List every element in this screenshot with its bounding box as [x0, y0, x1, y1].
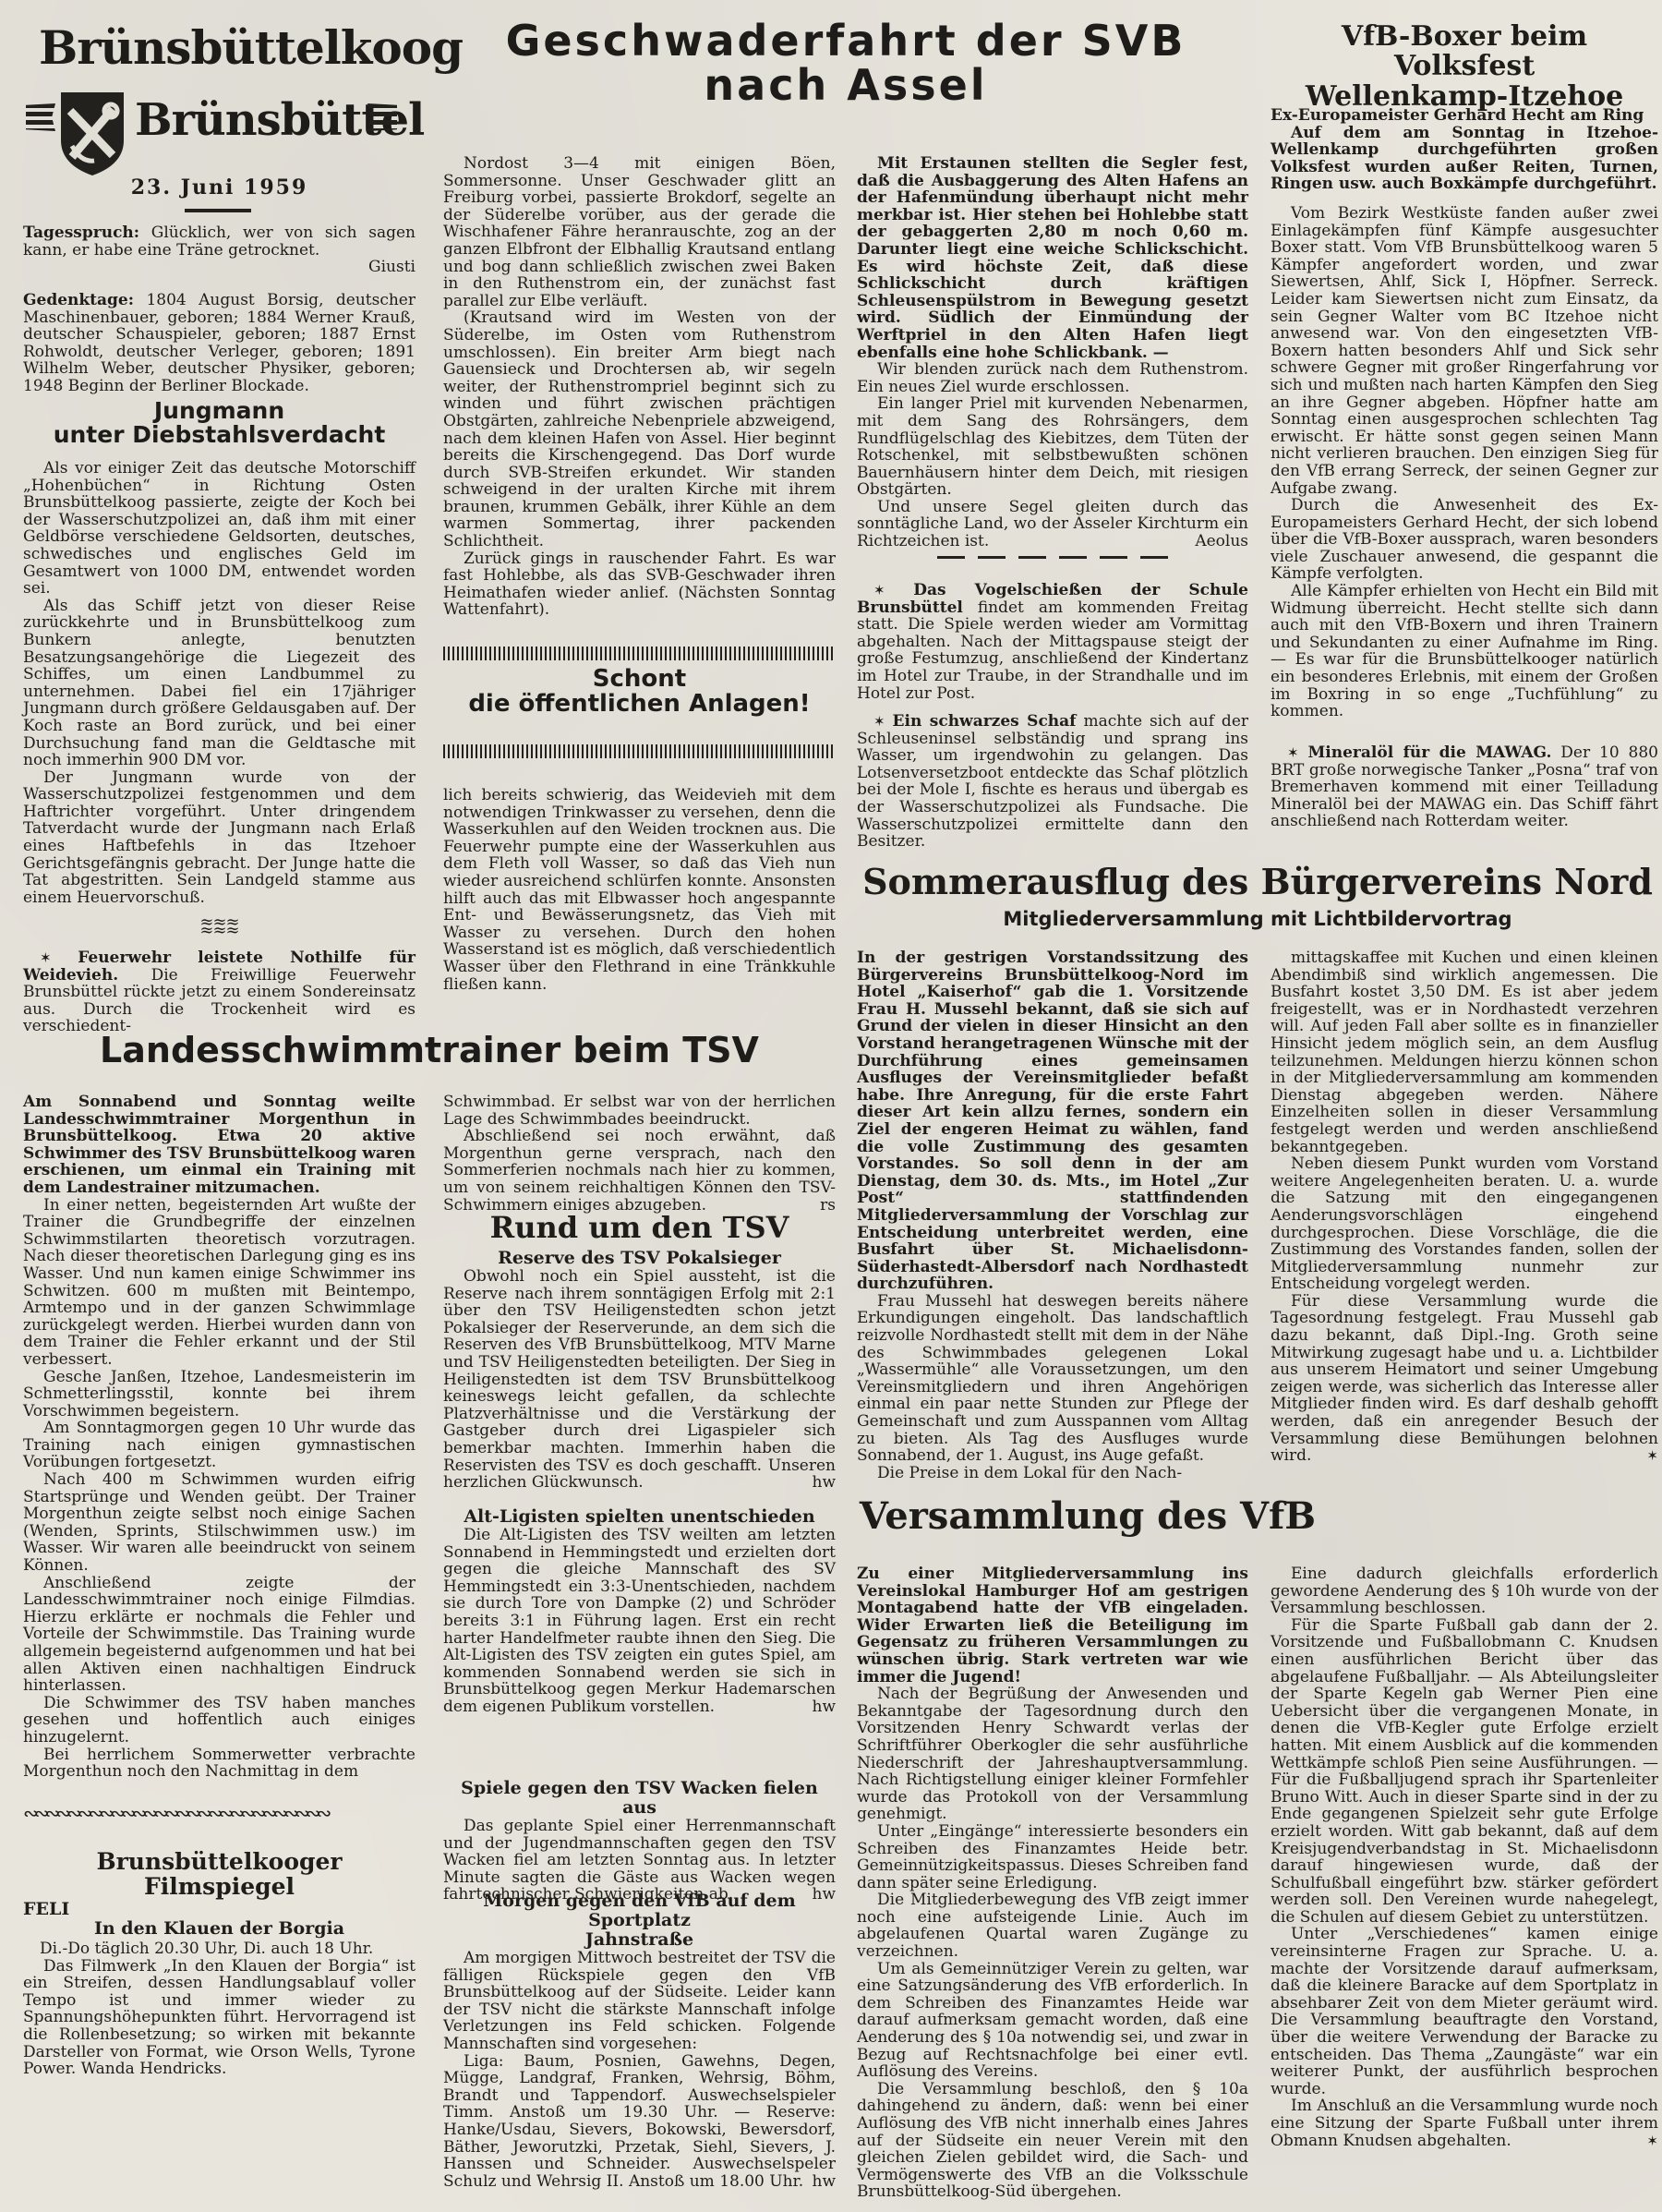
- sommer-right-paras: mittagskaffee mit Kuchen und einen klein…: [1271, 949, 1658, 1293]
- anchor-crest-icon: [57, 89, 127, 177]
- masthead: Brünsbüttelkoog: [39, 20, 463, 75]
- schwimm-title: Landesschwimmtrainer beim TSV: [23, 1033, 836, 1070]
- svb-left-body: Nordost 3—4 mit einigen Böen, Sommersonn…: [443, 155, 836, 619]
- jungmann-title-line1: Jungmann: [23, 399, 415, 423]
- boxer-title: VfB-Boxer beim Volksfest Wellenkamp-Itze…: [1271, 22, 1658, 112]
- paragraph: Wir blenden zurück nach dem Ruthenstrom.…: [857, 361, 1248, 395]
- squiggle-row: ≈≈≈: [23, 926, 415, 935]
- paragraph: Nordost 3—4 mit einigen Böen, Sommersonn…: [443, 155, 836, 309]
- paragraph: Neben diesem Punkt wurden vom Vorstand w…: [1271, 1155, 1658, 1293]
- paragraph: Die Mitgliederbewegung des VfB zeigt imm…: [857, 1892, 1248, 1960]
- paragraph: Durch die Anwesenheit des Ex-Europameist…: [1271, 497, 1658, 583]
- versammlung-right-paras: Eine dadurch gleichfalls erforderlich ge…: [1271, 1565, 1658, 2097]
- jungmann-body: Als vor einiger Zeit das deutsche Motors…: [23, 460, 415, 906]
- gedenktage-text: Gedenktage: 1804 August Borsig, deutsche…: [23, 292, 415, 395]
- svb-title-line1: Geschwaderfahrt der SVB: [443, 18, 1248, 63]
- rund-section-wacken: Spiele gegen den TSV Wacken fielen aus D…: [443, 1779, 836, 1904]
- sommer-right-body: mittagskaffee mit Kuchen und einen klein…: [1271, 949, 1658, 1465]
- paragraph: Die Versammlung beschloß, den § 10a dahi…: [857, 2081, 1248, 2201]
- sommer-subtitle: Mitgliederversammlung mit Lichtbildervor…: [857, 909, 1658, 929]
- svb-title-line2: nach Assel: [443, 63, 1248, 107]
- rund-s4-head-line1: Morgen gegen den VfB auf dem Sportplatz: [443, 1892, 836, 1930]
- boxer-lead2: Auf dem am Sonntag in Itzehoe-Wellenkamp…: [1271, 125, 1658, 193]
- schwimm-continuation: Schwimmbad. Er selbst war von der herrli…: [443, 1094, 836, 1214]
- feuerwehr-paragraph: ✶ Feuerwehr leistete Nothilfe für Weidev…: [23, 949, 415, 1035]
- mineraloel-note: ✶ Mineralöl für die MAWAG. Der 10 880 BR…: [1271, 744, 1658, 830]
- filmspiegel: Brunsbüttelkooger Filmspiegel FELI In de…: [23, 1849, 415, 2078]
- rund-s1-head: Reserve des TSV Pokalsieger: [443, 1249, 836, 1268]
- issue-date: 23. Juni 1959: [23, 175, 415, 199]
- fringe-separator-top: [443, 647, 836, 660]
- vogelschiessen-paragraph: ✶ Das Vogelschießen der Schule Brunsbütt…: [857, 582, 1248, 702]
- filmspiegel-title: Brunsbüttelkooger Filmspiegel: [23, 1849, 415, 1899]
- star-icon: ✶: [873, 713, 885, 730]
- boxer-title-line1: VfB-Boxer beim Volksfest: [1271, 22, 1658, 82]
- versammlung-left-paras: Nach der Begrüßung der Anwesenden und Be…: [857, 1686, 1248, 2201]
- sommer-left-paras: Frau Mussehl hat deswegen bereits nähere…: [857, 1293, 1248, 1482]
- mineraloel-lead: Mineralöl für die MAWAG.: [1307, 743, 1551, 762]
- film-review: Das Filmwerk „In den Klauen der Borgia“ …: [23, 1958, 415, 2078]
- paragraph: Am Sonntagmorgen gegen 10 Uhr wurde das …: [23, 1420, 415, 1471]
- star-icon: ✶: [1287, 744, 1299, 761]
- star-icon: ✶: [1271, 1447, 1658, 1465]
- paragraph: Ein langer Priel mit kurvenden Nebenarme…: [857, 395, 1248, 499]
- schwimm-cont-paragraph: Schwimmbad. Er selbst war von der herrli…: [443, 1094, 836, 1128]
- sommer-title: Sommerausflug des Bürgervereins Nord: [857, 863, 1658, 901]
- fringe-separator-bottom: [443, 744, 836, 758]
- schont-line2: die öffentlichen Anlagen!: [443, 692, 836, 717]
- gedenktage: Gedenktage: 1804 August Borsig, deutsche…: [23, 292, 415, 395]
- star-icon: ✶: [873, 582, 885, 598]
- sommer-right-last: Für diese Versammlung wurde die Tagesord…: [1271, 1293, 1658, 1465]
- paragraph: In einer netten, begeisternden Art wußte…: [23, 1197, 415, 1369]
- jungmann-title: Jungmann unter Diebstahlsverdacht: [23, 399, 415, 448]
- tagesspruch-text: Tagesspruch: Glücklich, wer von sich sag…: [23, 224, 415, 259]
- rund-s3-head: Spiele gegen den TSV Wacken fielen aus: [443, 1779, 836, 1818]
- sommer-left-body: In der gestrigen Vorstandssitzung des Bü…: [857, 949, 1248, 1481]
- paragraph: Frau Mussehl hat deswegen bereits nähere…: [857, 1293, 1248, 1465]
- paragraph: Eine dadurch gleichfalls erforderlich ge…: [1271, 1565, 1658, 1617]
- svb-right-paras: Wir blenden zurück nach dem Ruthenstrom.…: [857, 361, 1248, 499]
- feuerwehr-continuation-paragraph: lich bereits schwierig, das Weidevieh mi…: [443, 787, 836, 993]
- film-showtimes: Di.-Do täglich 20.30 Uhr, Di. auch 18 Uh…: [23, 1940, 415, 1958]
- versammlung-right-body: Eine dadurch gleichfalls erforderlich ge…: [1271, 1565, 1658, 2149]
- gedenktage-label: Gedenktage:: [23, 291, 134, 309]
- pennant-left-icon: [26, 103, 55, 131]
- schwimm-body: Am Sonnabend und Sonntag weilte Landessc…: [23, 1094, 415, 1781]
- boxer-lead1: Ex-Europameister Gerhard Hecht am Ring: [1271, 107, 1658, 125]
- vogelschiessen-note: ✶ Das Vogelschießen der Schule Brunsbütt…: [857, 582, 1248, 702]
- rund-title: Rund um den TSV: [443, 1212, 836, 1244]
- tagesspruch-label: Tagesspruch:: [23, 224, 139, 242]
- rund-s4-head-line2: Jahnstraße: [443, 1930, 836, 1950]
- paragraph: Für die Sparte Fußball gab dann der 2. V…: [1271, 1617, 1658, 1927]
- filmspiegel-byline: FELI: [23, 1899, 415, 1919]
- paragraph: Als das Schiff jetzt von dieser Reise zu…: [23, 598, 415, 769]
- sommer-left-lead: In der gestrigen Vorstandssitzung des Bü…: [857, 949, 1248, 1293]
- schaf-note: ✶ Ein schwarzes Schaf machte sich auf de…: [857, 713, 1248, 851]
- pennant-right-icon: [367, 103, 397, 131]
- paragraph: Um als Gemeinnütziger Verein zu gelten, …: [857, 1961, 1248, 2081]
- squiggle-separator: ≈≈≈ ≈≈≈: [23, 918, 415, 935]
- schaf-paragraph: ✶ Ein schwarzes Schaf machte sich auf de…: [857, 713, 1248, 851]
- feuerwehr-note: ✶ Feuerwehr leistete Nothilfe für Weidev…: [23, 949, 415, 1035]
- rund-s2-text: Die Alt-Ligisten des TSV weilten am letz…: [443, 1527, 836, 1716]
- versammlung-left-body: Zu einer Mitgliederversammlung ins Verei…: [857, 1565, 1248, 2201]
- newspaper-page: Brünsbüttelkoog Brünsbüttel 23. Juni 195…: [0, 0, 1662, 2212]
- paragraph: Zurück gings in rauschender Fahrt. Es wa…: [443, 550, 836, 619]
- rund-s4-text1: Am morgigen Mittwoch bestreitet der TSV …: [443, 1950, 836, 2053]
- rund-section-altligisten: Alt-Ligisten spielten unentschieden Die …: [443, 1507, 836, 1716]
- paragraph: Unter „Eingänge“ interessierte besonders…: [857, 1823, 1248, 1892]
- tagesspruch: Tagesspruch: Glücklich, wer von sich sag…: [23, 224, 415, 276]
- rund-section-reserve: Reserve des TSV Pokalsieger Obwohl noch …: [443, 1249, 836, 1492]
- paragraph: Alle Kämpfer erhielten von Hecht ein Bil…: [1271, 583, 1658, 720]
- schwimm-lead: Am Sonnabend und Sonntag weilte Landessc…: [23, 1094, 415, 1197]
- film-head: In den Klauen der Borgia: [23, 1919, 415, 1939]
- feuerwehr-continuation: lich bereits schwierig, das Weidevieh mi…: [443, 787, 836, 993]
- mineraloel-paragraph: ✶ Mineralöl für die MAWAG. Der 10 880 BR…: [1271, 744, 1658, 830]
- schont-box: Schont die öffentlichen Anlagen!: [443, 667, 836, 718]
- versammlung-title: Versammlung des VfB: [857, 1496, 1319, 1536]
- paragraph: mittagskaffee mit Kuchen und einen klein…: [1271, 949, 1658, 1155]
- dash-rule: [857, 556, 1248, 559]
- schont-line1: Schont: [443, 667, 836, 692]
- paragraph: Der Jungmann wurde von der Wasserschutzp…: [23, 769, 415, 907]
- paragraph: Gesche Janßen, Itzehoe, Landesmeisterin …: [23, 1369, 415, 1420]
- paragraph: Die Schwimmer des TSV haben manches gese…: [23, 1695, 415, 1747]
- paragraph: (Krautsand wird im Westen von der Südere…: [443, 309, 836, 550]
- svb-title: Geschwaderfahrt der SVB nach Assel: [443, 18, 1248, 108]
- schaf-lead: Ein schwarzes Schaf: [893, 712, 1077, 731]
- paragraph: Bei herrlichem Sommerwetter verbrachte M…: [23, 1747, 415, 1781]
- paragraph: Vom Bezirk Westküste fanden außer zwei E…: [1271, 205, 1658, 497]
- boxer-body: Vom Bezirk Westküste fanden außer zwei E…: [1271, 205, 1658, 720]
- paragraph: Nach der Begrüßung der Anwesenden und Be…: [857, 1686, 1248, 1823]
- paragraph: Unter „Verschiedenes“ kamen einige verei…: [1271, 1926, 1658, 2097]
- masthead-title-line1: Brünsbüttelkoog: [39, 20, 463, 75]
- paragraph: Anschließend zeigte der Landesschwimmtra…: [23, 1575, 415, 1695]
- jungmann-title-line2: unter Diebstahlsverdacht: [23, 423, 415, 447]
- paragraph: Die Preise in dem Lokal für den Nach-: [857, 1465, 1248, 1482]
- date-rule: [185, 209, 251, 212]
- svb-right-lead: Mit Erstaunen stellten die Segler fest, …: [857, 155, 1248, 361]
- rund-s1-text: Obwohl noch ein Spiel aussteht, ist die …: [443, 1268, 836, 1492]
- rund-s4-text2: Liga: Baum, Posnien, Gawehns, Degen, Müg…: [443, 2053, 836, 2191]
- svb-right-body: Mit Erstaunen stellten die Segler fest, …: [857, 155, 1248, 550]
- star-icon: ✶: [40, 949, 52, 966]
- paragraph: Nach 400 m Schwimmen wurden eifrig Start…: [23, 1471, 415, 1575]
- boxer-lead-block: Ex-Europameister Gerhard Hecht am Ring A…: [1271, 107, 1658, 193]
- schwimm-paras: In einer netten, begeisternden Art wußte…: [23, 1197, 415, 1781]
- rund-s2-head: Alt-Ligisten spielten unentschieden: [443, 1507, 836, 1527]
- rope-separator: ∾∾∾∾∾∾∾∾∾∾∾∾∾∾∾∾∾∾∾∾∾∾∾∾∾∾∾∾: [23, 1807, 415, 1819]
- rund-section-vfb-spiel: Morgen gegen den VfB auf dem Sportplatz …: [443, 1892, 836, 2190]
- versammlung-lead: Zu einer Mitgliederversammlung ins Verei…: [857, 1565, 1248, 1686]
- paragraph: Als vor einiger Zeit das deutsche Motors…: [23, 460, 415, 598]
- tagesspruch-author: Giusti: [23, 259, 415, 276]
